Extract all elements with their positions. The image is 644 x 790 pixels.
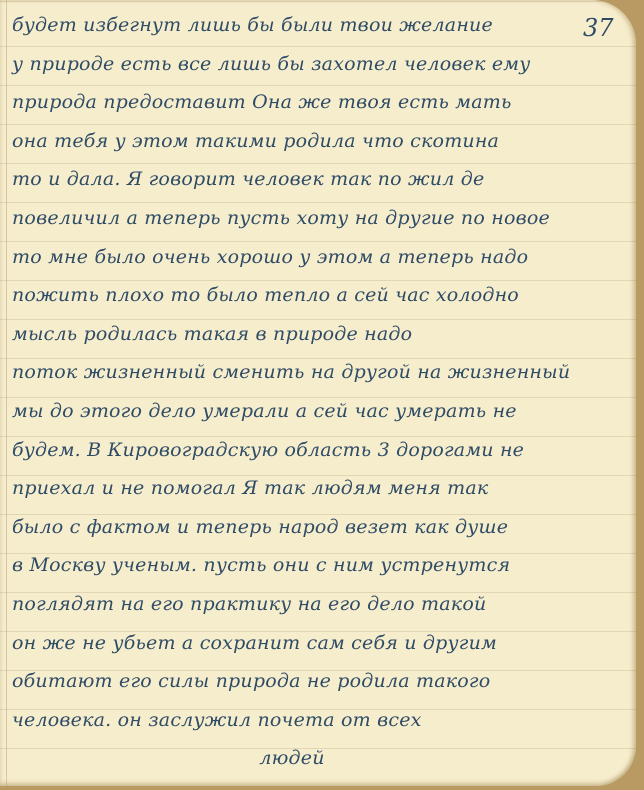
text-line: то и дала. Я говорит человек так по жил …: [12, 160, 612, 199]
text-line: приехал и не помогал Я так людям меня та…: [12, 469, 612, 508]
text-line: у природе есть все лишь бы захотел челов…: [12, 45, 612, 84]
text-line: то мне было очень хорошо у этом а теперь…: [12, 238, 612, 277]
text-line: в Москву ученым. пусть они с ним устрену…: [12, 546, 612, 585]
notebook-page: 37 будет избегнут лишь бы были твои жела…: [0, 0, 636, 786]
text-line: будем. В Кировоградскую область 3 дорога…: [12, 431, 612, 470]
handwritten-text: будет избегнут лишь бы были твои желание…: [12, 6, 612, 778]
text-line: будет избегнут лишь бы были твои желание: [12, 6, 612, 45]
text-line: поглядят на его практику на его дело так…: [12, 585, 612, 624]
text-line: пожить плохо то было тепло а сей час хол…: [12, 276, 612, 315]
text-line: людей: [12, 739, 612, 778]
text-line: человека. он заслужил почета от всех: [12, 701, 612, 740]
text-line: природа предоставит Она же твоя есть мат…: [12, 83, 612, 122]
text-line: мы до этого дело умерали а сей час умера…: [12, 392, 612, 431]
text-line: поток жизненный сменить на другой на жиз…: [12, 353, 612, 392]
text-line: он же не убьет а сохранит сам себя и дру…: [12, 624, 612, 663]
text-line: повеличил а теперь пусть хоту на другие …: [12, 199, 612, 238]
text-line: она тебя у этом такими родила что скотин…: [12, 122, 612, 161]
text-line: обитают его силы природа не родила таког…: [12, 662, 612, 701]
text-line: мысль родилась такая в природе надо: [12, 315, 612, 354]
margin-line: [6, 0, 7, 786]
text-line: было с фактом и теперь народ везет как д…: [12, 508, 612, 547]
